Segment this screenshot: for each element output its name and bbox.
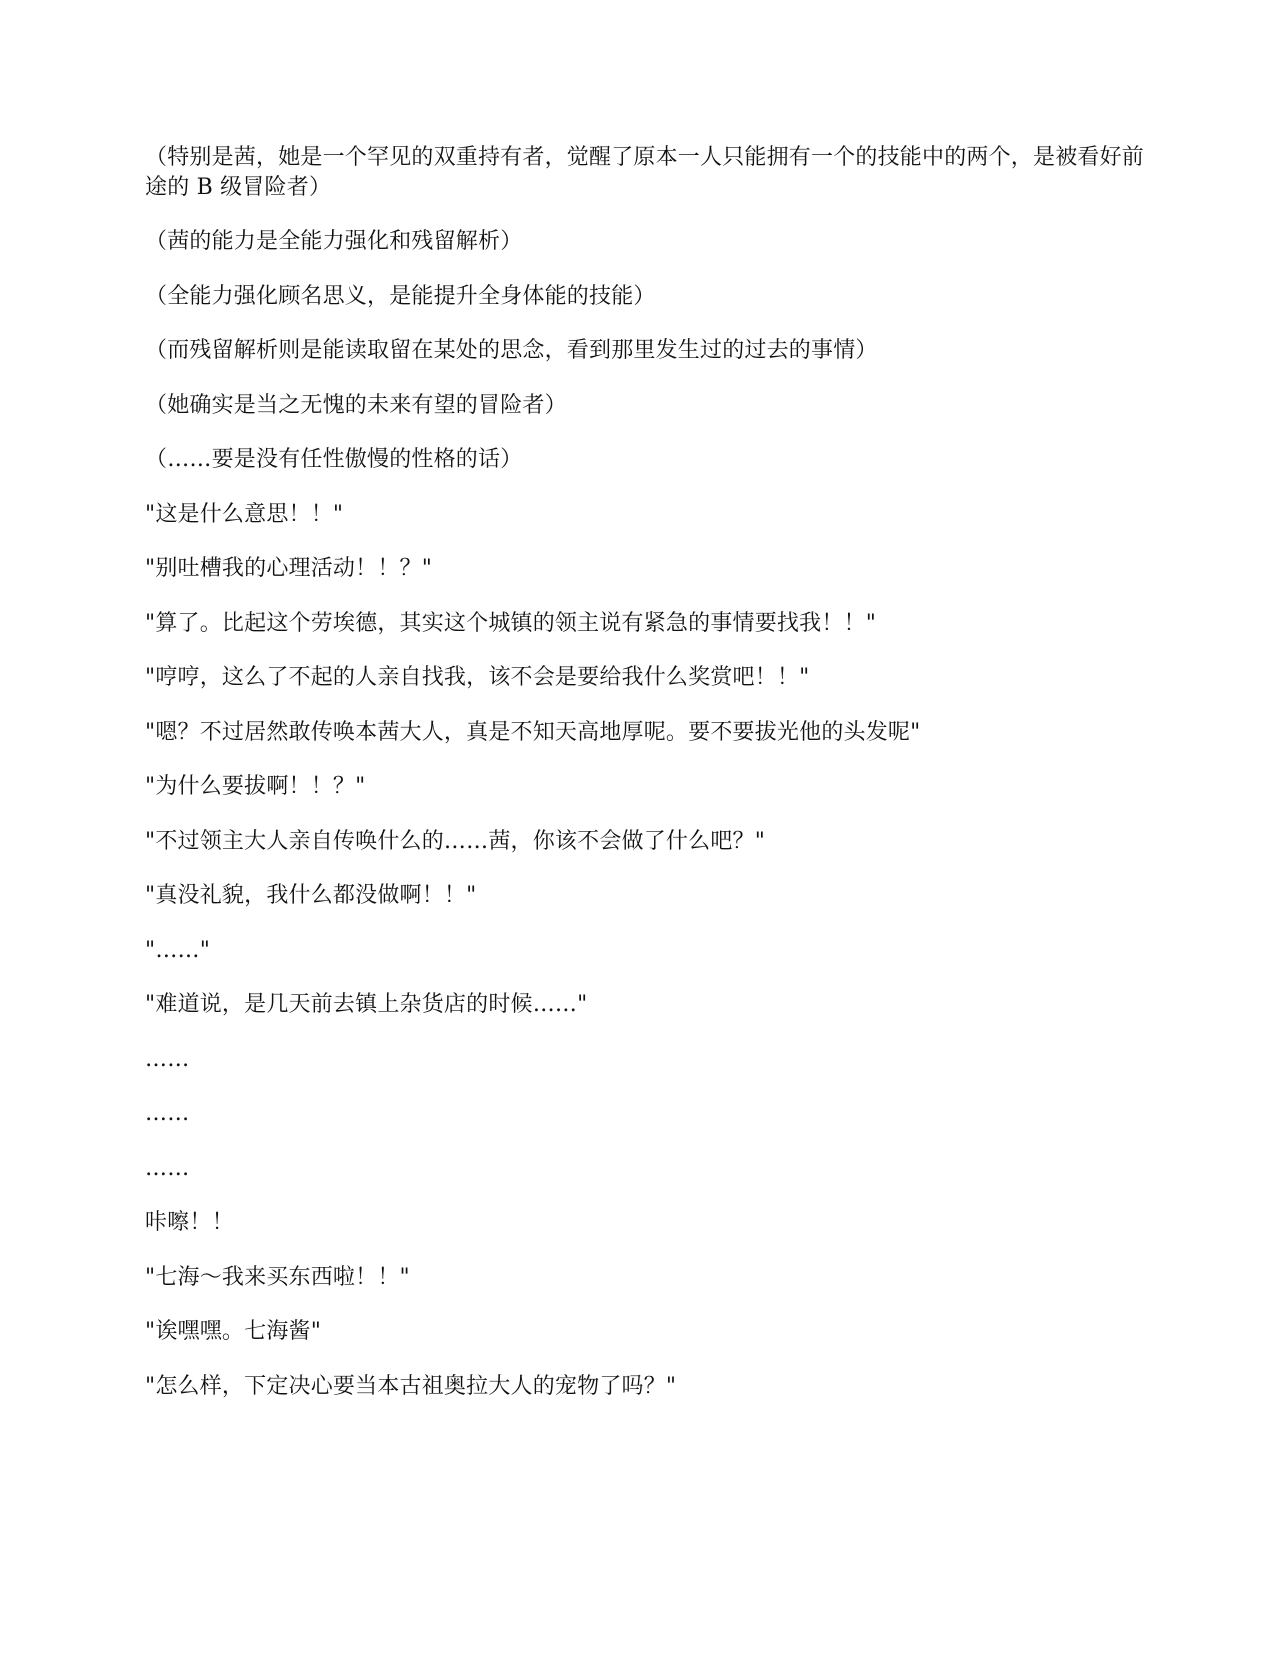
- paragraph: "七海～我来买东西啦！！": [145, 1263, 1145, 1293]
- paragraph: "为什么要拔啊！！？": [145, 772, 1145, 802]
- paragraph: "诶嘿嘿。七海酱": [145, 1317, 1145, 1347]
- paragraph: ……: [145, 1045, 1145, 1075]
- paragraph: （她确实是当之无愧的未来有望的冒险者）: [145, 391, 1145, 421]
- paragraph: "怎么样，下定决心要当本古祖奥拉大人的宠物了吗？": [145, 1372, 1145, 1402]
- paragraph: （特别是茜，她是一个罕见的双重持有者，觉醒了原本一人只能拥有一个的技能中的两个，…: [145, 143, 1145, 202]
- paragraph: （而残留解析则是能读取留在某处的思念，看到那里发生过的过去的事情）: [145, 336, 1145, 366]
- paragraph: "嗯？不过居然敢传唤本茜大人，真是不知天高地厚呢。要不要拔光他的头发呢": [145, 718, 1145, 748]
- paragraph: （茜的能力是全能力强化和残留解析）: [145, 227, 1145, 257]
- paragraph: "难道说，是几天前去镇上杂货店的时候……": [145, 990, 1145, 1020]
- paragraph: "真没礼貌，我什么都没做啊！！": [145, 881, 1145, 911]
- paragraph: （全能力强化顾名思义，是能提升全身体能的技能）: [145, 282, 1145, 312]
- paragraph: "这是什么意思！！": [145, 500, 1145, 530]
- paragraph: "哼哼，这么了不起的人亲自找我，该不会是要给我什么奖赏吧！！": [145, 663, 1145, 693]
- paragraph: 咔嚓！！: [145, 1208, 1145, 1238]
- paragraph: "……": [145, 936, 1145, 966]
- paragraph: "不过领主大人亲自传唤什么的……茜，你该不会做了什么吧？": [145, 827, 1145, 857]
- paragraph: "别吐槽我的心理活动！！？": [145, 554, 1145, 584]
- paragraph: （……要是没有任性傲慢的性格的话）: [145, 445, 1145, 475]
- paragraph: ……: [145, 1154, 1145, 1184]
- paragraph: "算了。比起这个劳埃德，其实这个城镇的领主说有紧急的事情要找我！！": [145, 609, 1145, 639]
- paragraph: ……: [145, 1099, 1145, 1129]
- document-page: （特别是茜，她是一个罕见的双重持有者，觉醒了原本一人只能拥有一个的技能中的两个，…: [145, 143, 1145, 1426]
